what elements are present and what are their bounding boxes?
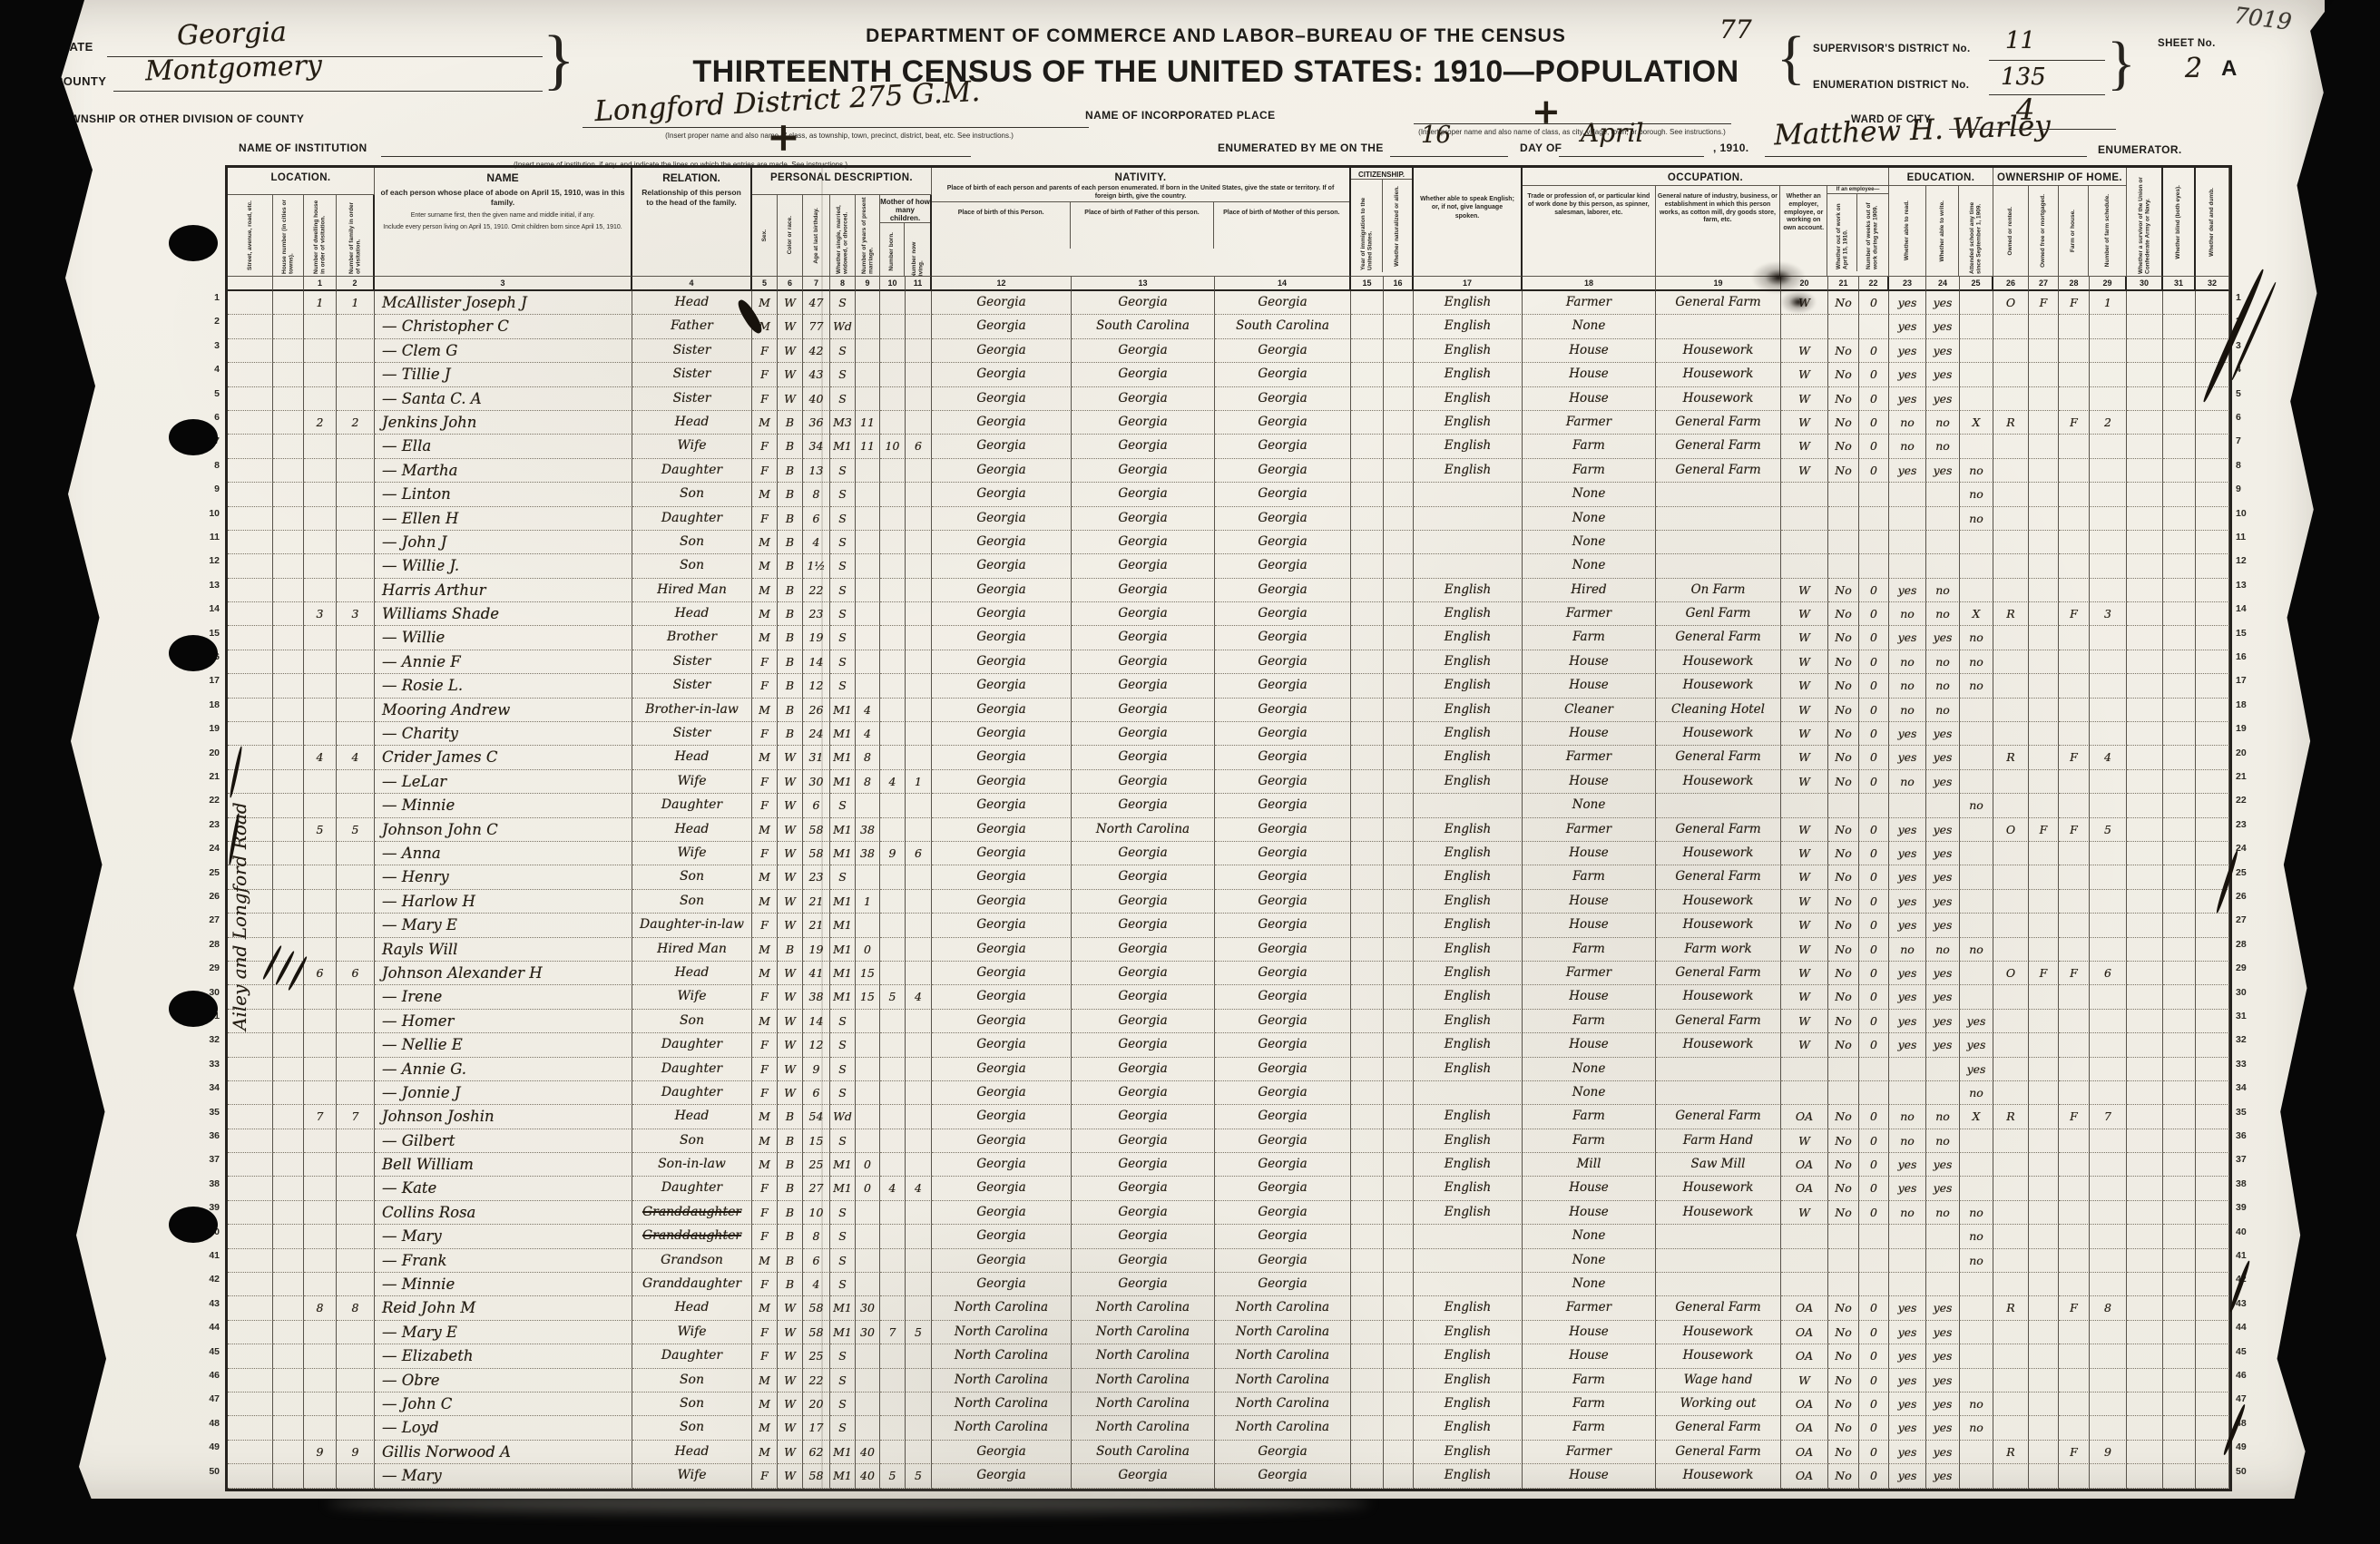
cell-sch: no [1960, 1393, 1993, 1416]
cell-emp: W [1781, 1201, 1828, 1225]
cell-rel: Son [632, 554, 752, 578]
cell-mar: S [830, 1249, 856, 1273]
cell-sex: F [752, 1033, 778, 1057]
cell-yrs [856, 650, 880, 674]
cell-house [273, 1416, 304, 1440]
cell-mar: M1 [830, 1177, 856, 1200]
cell-age: 58 [803, 818, 830, 842]
cell-fs [2090, 938, 2127, 962]
cell-blind [2163, 339, 2196, 363]
cell-street [228, 1393, 273, 1416]
cell-mar: M1 [830, 914, 856, 937]
cell-own: O [1993, 818, 2029, 842]
cell-cb: 10 [880, 435, 906, 458]
cell-sex: M [752, 1129, 778, 1153]
cell-cb: 5 [880, 1464, 906, 1488]
cell-trade: House [1523, 842, 1656, 865]
cell-nat [1384, 1321, 1414, 1344]
cell-sex: M [752, 890, 778, 914]
cell-color: W [778, 890, 803, 914]
col-number: 26 [1993, 277, 2029, 291]
cell-blind [2163, 650, 2196, 674]
line-number-left: 17 [200, 675, 220, 686]
cell-blind [2163, 1273, 2196, 1296]
cell-emp: W [1781, 1129, 1828, 1153]
cell-eng: English [1414, 1393, 1523, 1416]
enumerated-label: ENUMERATED BY ME ON THE [1218, 142, 1384, 154]
cell-name: Mooring Andrew [375, 699, 632, 722]
col-label-cl: Number now living. [905, 223, 930, 277]
cell-street [228, 1153, 273, 1177]
cell-trade: Cleaner [1523, 699, 1656, 722]
cell-pm: Georgia [1215, 602, 1351, 626]
cell-blind [2163, 1129, 2196, 1153]
cell-out: No [1828, 938, 1859, 962]
cell-read: no [1889, 1105, 1926, 1129]
cell-read: yes [1889, 291, 1926, 315]
cell-cb [880, 1058, 906, 1081]
cell-mar: S [830, 1058, 856, 1081]
line-number-left: 50 [200, 1466, 220, 1477]
cell-street [228, 1081, 273, 1105]
cell-color: B [778, 1153, 803, 1177]
cell-vet [2127, 1441, 2163, 1464]
col-label-sch: Attended school any time since September… [1959, 186, 1993, 276]
cell-immig [1351, 770, 1384, 794]
cell-house [273, 842, 304, 865]
cell-ind: General Farm [1656, 1296, 1781, 1320]
cell-fam: 6 [337, 962, 375, 985]
cell-rel: Daughter-in-law [632, 914, 752, 937]
cell-vet [2127, 1105, 2163, 1129]
cell-age: 21 [803, 914, 830, 937]
cell-street [228, 1058, 273, 1081]
cell-trade: None [1523, 1249, 1656, 1273]
cell-color: W [778, 794, 803, 817]
cell-cl: 5 [906, 1321, 932, 1344]
label-text: Sex. [761, 230, 768, 241]
line-number-right: 41 [2236, 1250, 2256, 1261]
cell-sch [1960, 363, 1993, 386]
cell-fs [2090, 674, 2127, 698]
cell-name: — Homer [375, 1010, 632, 1033]
cell-rel: Son [632, 1010, 752, 1033]
line-number-left: 34 [200, 1082, 220, 1093]
cell-trade: Farmer [1523, 818, 1656, 842]
cell-dw: 2 [304, 411, 337, 435]
nativity-title: NATIVITY. [932, 168, 1349, 183]
col-label-pob: Place of birth of this Person. [932, 202, 1071, 249]
cell-rel: Wife [632, 985, 752, 1009]
cell-trade: None [1523, 1058, 1656, 1081]
cell-name: — Rosie L. [375, 674, 632, 698]
cell-own [1993, 531, 2029, 554]
cell-ind: Housework [1656, 1033, 1781, 1057]
cell-own [1993, 1416, 2029, 1440]
cell-cl [906, 1416, 932, 1440]
cell-name: — John C [375, 1393, 632, 1416]
cell-sex: F [752, 507, 778, 531]
cell-eng [1414, 1273, 1523, 1296]
cell-nat [1384, 842, 1414, 865]
census-title: THIRTEENTH CENSUS OF THE UNITED STATES: … [690, 54, 1742, 90]
cell-pob: Georgia [932, 842, 1072, 865]
cell-eng: English [1414, 674, 1523, 698]
cell-cl [906, 531, 932, 554]
cell-vet [2127, 483, 2163, 506]
cell-eng: English [1414, 1010, 1523, 1033]
cell-cl [906, 459, 932, 483]
cell-free [2029, 985, 2059, 1009]
cell-emp: OA [1781, 1105, 1828, 1129]
cell-nat [1384, 1273, 1414, 1296]
col-number: 16 [1384, 277, 1414, 291]
cell-name: — Tillie J [375, 363, 632, 386]
line-number-left: 23 [200, 819, 220, 830]
col-number: 13 [1072, 277, 1215, 291]
cell-rel: Wife [632, 1464, 752, 1488]
cell-wks [1859, 1273, 1889, 1296]
cell-rel: Wife [632, 1321, 752, 1344]
cell-vet [2127, 674, 2163, 698]
cell-immig [1351, 1010, 1384, 1033]
cell-emp: W [1781, 818, 1828, 842]
line-number-right: 5 [2236, 388, 2256, 399]
cell-name: Jenkins John [375, 411, 632, 435]
cell-deaf [2196, 770, 2229, 794]
cell-vet [2127, 1201, 2163, 1225]
cell-nat [1384, 1344, 1414, 1368]
cell-dw [304, 1273, 337, 1296]
cell-out: No [1828, 1010, 1859, 1033]
cell-wks [1859, 531, 1889, 554]
cell-fam: 2 [337, 411, 375, 435]
cell-nat [1384, 1441, 1414, 1464]
paper-crease [821, 163, 823, 1490]
cell-cb [880, 699, 906, 722]
cell-write [1926, 507, 1960, 531]
cell-ind: General Farm [1656, 291, 1781, 315]
cell-yrs [856, 1105, 880, 1129]
cell-rel: Sister [632, 363, 752, 386]
cell-sch [1960, 1129, 1993, 1153]
name-title: NAME [380, 170, 625, 184]
cell-out [1828, 1081, 1859, 1105]
cell-pm: Georgia [1215, 1058, 1351, 1081]
cell-read: no [1889, 650, 1926, 674]
cell-pob: Georgia [932, 531, 1072, 554]
cell-deaf [2196, 1153, 2229, 1177]
cell-rel: Head [632, 818, 752, 842]
cell-yrs: 38 [856, 818, 880, 842]
cell-rel: Head [632, 962, 752, 985]
cell-emp: W [1781, 770, 1828, 794]
if-employee-group: If an employee—Whether out of work on Ap… [1827, 186, 1888, 276]
cell-pf: Georgia [1072, 650, 1215, 674]
cell-pob: Georgia [932, 363, 1072, 386]
cell-pob: Georgia [932, 1441, 1072, 1464]
cell-read: no [1889, 938, 1926, 962]
line-number-right: 36 [2236, 1130, 2256, 1141]
cell-fam [337, 770, 375, 794]
cell-cb [880, 1273, 906, 1296]
cell-dw [304, 1010, 337, 1033]
cell-age: 14 [803, 1010, 830, 1033]
ward-label: WARD OF CITY [1851, 114, 1932, 125]
line-number-right: 25 [2236, 867, 2256, 878]
cell-fs [2090, 435, 2127, 458]
cell-pf: North Carolina [1072, 1344, 1215, 1368]
cell-blind [2163, 1249, 2196, 1273]
cell-fam: 8 [337, 1296, 375, 1320]
cell-out: No [1828, 1153, 1859, 1177]
cell-mar: S [830, 291, 856, 315]
cell-sex: M [752, 1369, 778, 1393]
cell-pf: Georgia [1072, 339, 1215, 363]
cell-deaf [2196, 1416, 2229, 1440]
cell-pm: Georgia [1215, 1201, 1351, 1225]
punch-hole [169, 225, 218, 261]
col-number: 27 [2029, 277, 2059, 291]
cell-yrs [856, 1344, 880, 1368]
cell-nat [1384, 962, 1414, 985]
cell-cb [880, 1393, 906, 1416]
cell-sex: M [752, 602, 778, 626]
cell-immig [1351, 554, 1384, 578]
cell-fh [2059, 387, 2090, 411]
col-label-pf: Place of birth of Father of this person. [1071, 202, 1213, 249]
col-number: 3 [375, 277, 632, 291]
cell-trade: House [1523, 1321, 1656, 1344]
cell-blind [2163, 1177, 2196, 1200]
cell-sex: M [752, 1441, 778, 1464]
cell-fs [2090, 1321, 2127, 1344]
cell-color: W [778, 1393, 803, 1416]
cell-own [1993, 865, 2029, 889]
cell-color: B [778, 1201, 803, 1225]
cell-pob: Georgia [932, 1129, 1072, 1153]
line-number-right: 14 [2236, 603, 2256, 614]
cell-house [273, 579, 304, 602]
cell-age: 10 [803, 1201, 830, 1225]
cell-rel: Daughter [632, 794, 752, 817]
cell-vet [2127, 962, 2163, 985]
cell-trade: House [1523, 770, 1656, 794]
line-number-left: 12 [200, 555, 220, 566]
col-label-wks: Number of weeks out of work during year … [1857, 194, 1886, 271]
cell-write: yes [1926, 1321, 1960, 1344]
cell-out [1828, 1249, 1859, 1273]
cell-dw [304, 1177, 337, 1200]
cell-mar: M1 [830, 1153, 856, 1177]
cell-free [2029, 1201, 2059, 1225]
cell-nat [1384, 650, 1414, 674]
cell-trade: Farmer [1523, 746, 1656, 769]
cell-sch [1960, 1344, 1993, 1368]
cell-nat [1384, 483, 1414, 506]
label-text: Farm or house. [2070, 210, 2076, 252]
cell-age: 4 [803, 1273, 830, 1296]
cell-deaf [2196, 962, 2229, 985]
cell-own [1993, 674, 2029, 698]
county-line [113, 91, 543, 92]
cell-pob: Georgia [932, 1010, 1072, 1033]
cell-cl: 6 [906, 842, 932, 865]
cell-cl [906, 1010, 932, 1033]
cell-eng: English [1414, 890, 1523, 914]
cell-read: yes [1889, 579, 1926, 602]
cell-read [1889, 554, 1926, 578]
cell-yrs [856, 626, 880, 650]
cell-mar: S [830, 794, 856, 817]
cell-immig [1351, 699, 1384, 722]
cell-cb [880, 1153, 906, 1177]
cell-pf: Georgia [1072, 459, 1215, 483]
cell-free [2029, 865, 2059, 889]
cell-sex: F [752, 674, 778, 698]
cell-ind: General Farm [1656, 626, 1781, 650]
cell-deaf [2196, 459, 2229, 483]
cell-read: yes [1889, 387, 1926, 411]
cell-cb [880, 363, 906, 386]
cell-pf: Georgia [1072, 1225, 1215, 1248]
occupation-subcolumns: Trade or profession of, or particular ki… [1523, 186, 1888, 276]
col-number [273, 277, 304, 291]
col-number: 21 [1828, 277, 1859, 291]
cell-fam [337, 650, 375, 674]
cell-write [1926, 554, 1960, 578]
cell-read: no [1889, 699, 1926, 722]
cell-cl [906, 602, 932, 626]
cell-fam [337, 699, 375, 722]
cell-color: W [778, 1441, 803, 1464]
cell-own [1993, 1344, 2029, 1368]
cell-fh [2059, 674, 2090, 698]
cell-mar: M1 [830, 842, 856, 865]
cell-cb [880, 1081, 906, 1105]
cell-write: no [1926, 579, 1960, 602]
cell-color: B [778, 579, 803, 602]
line-number-right: 19 [2236, 723, 2256, 734]
cell-pm: Georgia [1215, 483, 1351, 506]
cell-sex: M [752, 962, 778, 985]
line-number-right: 10 [2236, 508, 2256, 519]
cell-emp [1781, 1081, 1828, 1105]
cell-trade: House [1523, 339, 1656, 363]
cell-dw [304, 579, 337, 602]
cell-cl [906, 746, 932, 769]
cell-wks: 0 [1859, 938, 1889, 962]
cell-write: yes [1926, 459, 1960, 483]
cell-immig [1351, 1058, 1384, 1081]
cell-own [1993, 1201, 2029, 1225]
cell-read: yes [1889, 626, 1926, 650]
cell-mar: S [830, 626, 856, 650]
cell-street [228, 1105, 273, 1129]
cell-nat [1384, 674, 1414, 698]
cell-read: yes [1889, 842, 1926, 865]
cell-sex: M [752, 1153, 778, 1177]
cell-immig [1351, 1129, 1384, 1153]
cell-age: 42 [803, 339, 830, 363]
cell-ind: General Farm [1656, 459, 1781, 483]
cell-ind: General Farm [1656, 411, 1781, 435]
cell-cb [880, 507, 906, 531]
cell-pm: Georgia [1215, 938, 1351, 962]
cell-out: No [1828, 602, 1859, 626]
cell-sch: no [1960, 1249, 1993, 1273]
cell-age: 36 [803, 411, 830, 435]
cell-immig [1351, 985, 1384, 1009]
cell-rel: Head [632, 411, 752, 435]
cell-pob: Georgia [932, 674, 1072, 698]
cell-pm: Georgia [1215, 554, 1351, 578]
cell-house [273, 1081, 304, 1105]
cell-out [1828, 554, 1859, 578]
cell-house [273, 387, 304, 411]
col-number: 8 [830, 277, 856, 291]
cell-pm: Georgia [1215, 507, 1351, 531]
cell-own: R [1993, 602, 2029, 626]
cell-emp: OA [1781, 1416, 1828, 1440]
cell-free [2029, 602, 2059, 626]
cell-sch [1960, 818, 1993, 842]
cell-pf: Georgia [1072, 1153, 1215, 1177]
cell-house [273, 1105, 304, 1129]
cell-pm: Georgia [1215, 674, 1351, 698]
cell-cl [906, 1393, 932, 1416]
cell-color: B [778, 459, 803, 483]
cell-read: yes [1889, 1033, 1926, 1057]
cell-fam [337, 1129, 375, 1153]
cell-read: yes [1889, 818, 1926, 842]
cell-write: yes [1926, 985, 1960, 1009]
cell-fh [2059, 842, 2090, 865]
cell-ind: General Farm [1656, 1105, 1781, 1129]
cell-blind [2163, 579, 2196, 602]
cell-yrs [856, 1416, 880, 1440]
cell-fh [2059, 363, 2090, 386]
cell-street [228, 1201, 273, 1225]
cell-fh: F [2059, 1105, 2090, 1129]
cell-nat [1384, 507, 1414, 531]
cell-sex: F [752, 363, 778, 386]
cell-out: No [1828, 435, 1859, 458]
cell-name: — Henry [375, 865, 632, 889]
cell-fs: 1 [2090, 291, 2127, 315]
label-text: Number now living. [911, 225, 925, 277]
cell-deaf [2196, 531, 2229, 554]
cell-street [228, 1033, 273, 1057]
occupation-title: OCCUPATION. [1523, 168, 1888, 186]
col-number: 23 [1889, 277, 1926, 291]
cell-wks: 0 [1859, 699, 1889, 722]
cell-sex: M [752, 411, 778, 435]
cell-house [273, 1321, 304, 1344]
cell-write [1926, 1273, 1960, 1296]
cell-cl [906, 1369, 932, 1393]
line-number-left: 41 [200, 1250, 220, 1261]
cell-own [1993, 507, 2029, 531]
cell-emp: W [1781, 865, 1828, 889]
cell-pf: North Carolina [1072, 818, 1215, 842]
cell-pm: Georgia [1215, 865, 1351, 889]
cell-trade: None [1523, 794, 1656, 817]
cell-fs [2090, 1464, 2127, 1488]
cell-vet [2127, 1033, 2163, 1057]
cell-color: W [778, 746, 803, 769]
cell-name: — Christopher C [375, 315, 632, 338]
